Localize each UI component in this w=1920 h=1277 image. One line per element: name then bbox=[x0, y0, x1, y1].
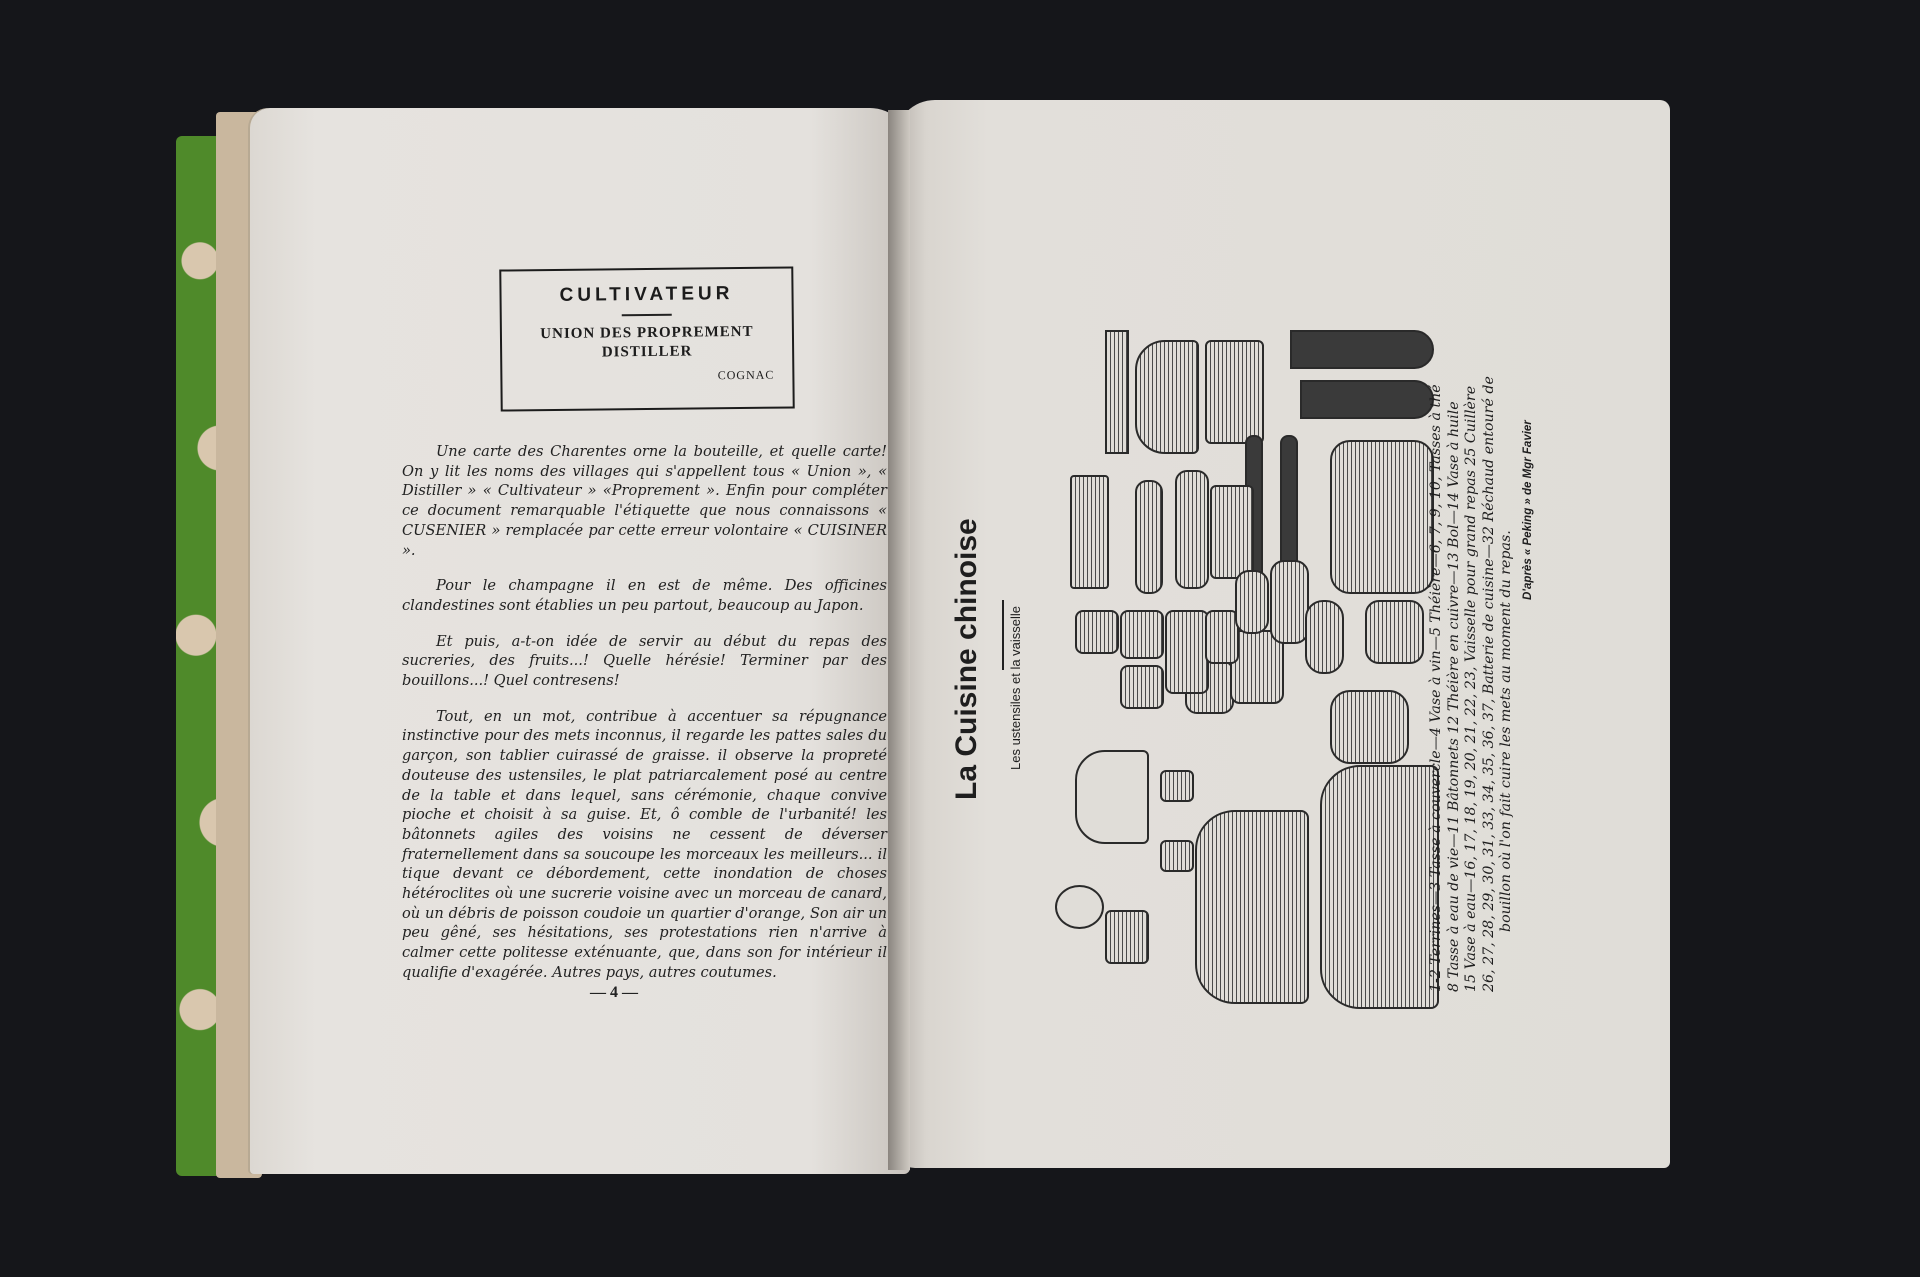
paragraph: Et puis, a-t-on idée de servir au début … bbox=[402, 632, 887, 691]
page-number: — 4 — bbox=[590, 984, 638, 1002]
label-place: COGNAC bbox=[718, 368, 775, 384]
label-subtitle-2: DISTILLER bbox=[502, 341, 792, 363]
teapot-12-illustration bbox=[1075, 750, 1149, 844]
cleaver-26-illustration bbox=[1070, 475, 1109, 589]
bottle-label-box: CULTIVATEUR UNION DES PROPREMENT DISTILL… bbox=[499, 266, 794, 411]
caption-line: 8 Tasse à eau de vie—11 Bâtonnets 12 Thé… bbox=[1446, 376, 1464, 992]
plate-caption: 1-2 Terrines—3 Tasse à couvercle—4 Vase … bbox=[1428, 376, 1516, 992]
caption-line: bouillon où l'on fait cuire les mets au … bbox=[1498, 376, 1516, 992]
label-subtitle-1: UNION DES PROPREMENT bbox=[502, 322, 792, 344]
dish-22-illustration bbox=[1270, 560, 1309, 644]
teapot-5-illustration bbox=[1055, 885, 1104, 929]
dish-16-illustration bbox=[1075, 610, 1119, 654]
chopper-29-illustration bbox=[1210, 485, 1254, 579]
cup-9-illustration bbox=[1160, 840, 1194, 872]
covered-cup-3-illustration bbox=[1105, 910, 1149, 964]
utensils-illustration bbox=[1035, 310, 1435, 1010]
bowl-34-illustration bbox=[1135, 340, 1199, 454]
body-text: Une carte des Charentes orne la bouteill… bbox=[402, 442, 887, 999]
dish-20-illustration bbox=[1205, 610, 1239, 664]
spoon-27-illustration bbox=[1135, 480, 1163, 594]
paragraph: Une carte des Charentes orne la bouteill… bbox=[402, 442, 887, 560]
dish-17-illustration bbox=[1120, 610, 1164, 659]
bowl-24-illustration bbox=[1365, 600, 1424, 664]
rechaud-32-illustration bbox=[1330, 440, 1434, 594]
dish-23-illustration bbox=[1305, 600, 1344, 674]
water-vase-15-illustration bbox=[1330, 690, 1409, 764]
paragraph: Pour le champagne il en est de même. Des… bbox=[402, 576, 887, 615]
dish-19-illustration bbox=[1165, 610, 1209, 694]
title-divider bbox=[1002, 600, 1004, 670]
caption-line: 15 Vase à eau—16, 17, 18, 19, 20, 21, 22… bbox=[1463, 376, 1481, 992]
spoon-28-illustration bbox=[1175, 470, 1209, 589]
cup-10-illustration bbox=[1160, 770, 1194, 802]
label-title: CULTIVATEUR bbox=[501, 282, 791, 307]
dish-18-illustration bbox=[1120, 665, 1164, 709]
label-divider bbox=[622, 314, 672, 317]
brush-37-illustration bbox=[1290, 330, 1434, 369]
whisk-33-illustration bbox=[1105, 330, 1129, 454]
book-gutter bbox=[888, 110, 910, 1170]
terrine-2-illustration bbox=[1195, 810, 1309, 1004]
plate-subtitle: Les ustensiles et la vaisselle bbox=[1008, 606, 1023, 770]
plate-title: La Cuisine chinoise bbox=[950, 518, 984, 800]
terrine-1-illustration bbox=[1320, 765, 1439, 1009]
brush-36-illustration bbox=[1300, 380, 1434, 419]
scoop-35-illustration bbox=[1205, 340, 1264, 444]
caption-line: 1-2 Terrines—3 Tasse à couvercle—4 Vase … bbox=[1428, 376, 1446, 992]
caption-line: 26, 27, 28, 29, 30, 31, 33, 34, 35, 36, … bbox=[1481, 376, 1499, 992]
plate-credit: D'après « Peking » de Mgr Favier bbox=[1522, 420, 1534, 600]
paragraph: Tout, en un mot, contribue à accentuer s… bbox=[402, 707, 887, 983]
open-book: CULTIVATEUR UNION DES PROPREMENT DISTILL… bbox=[0, 0, 1920, 1277]
dish-21-illustration bbox=[1235, 570, 1269, 634]
